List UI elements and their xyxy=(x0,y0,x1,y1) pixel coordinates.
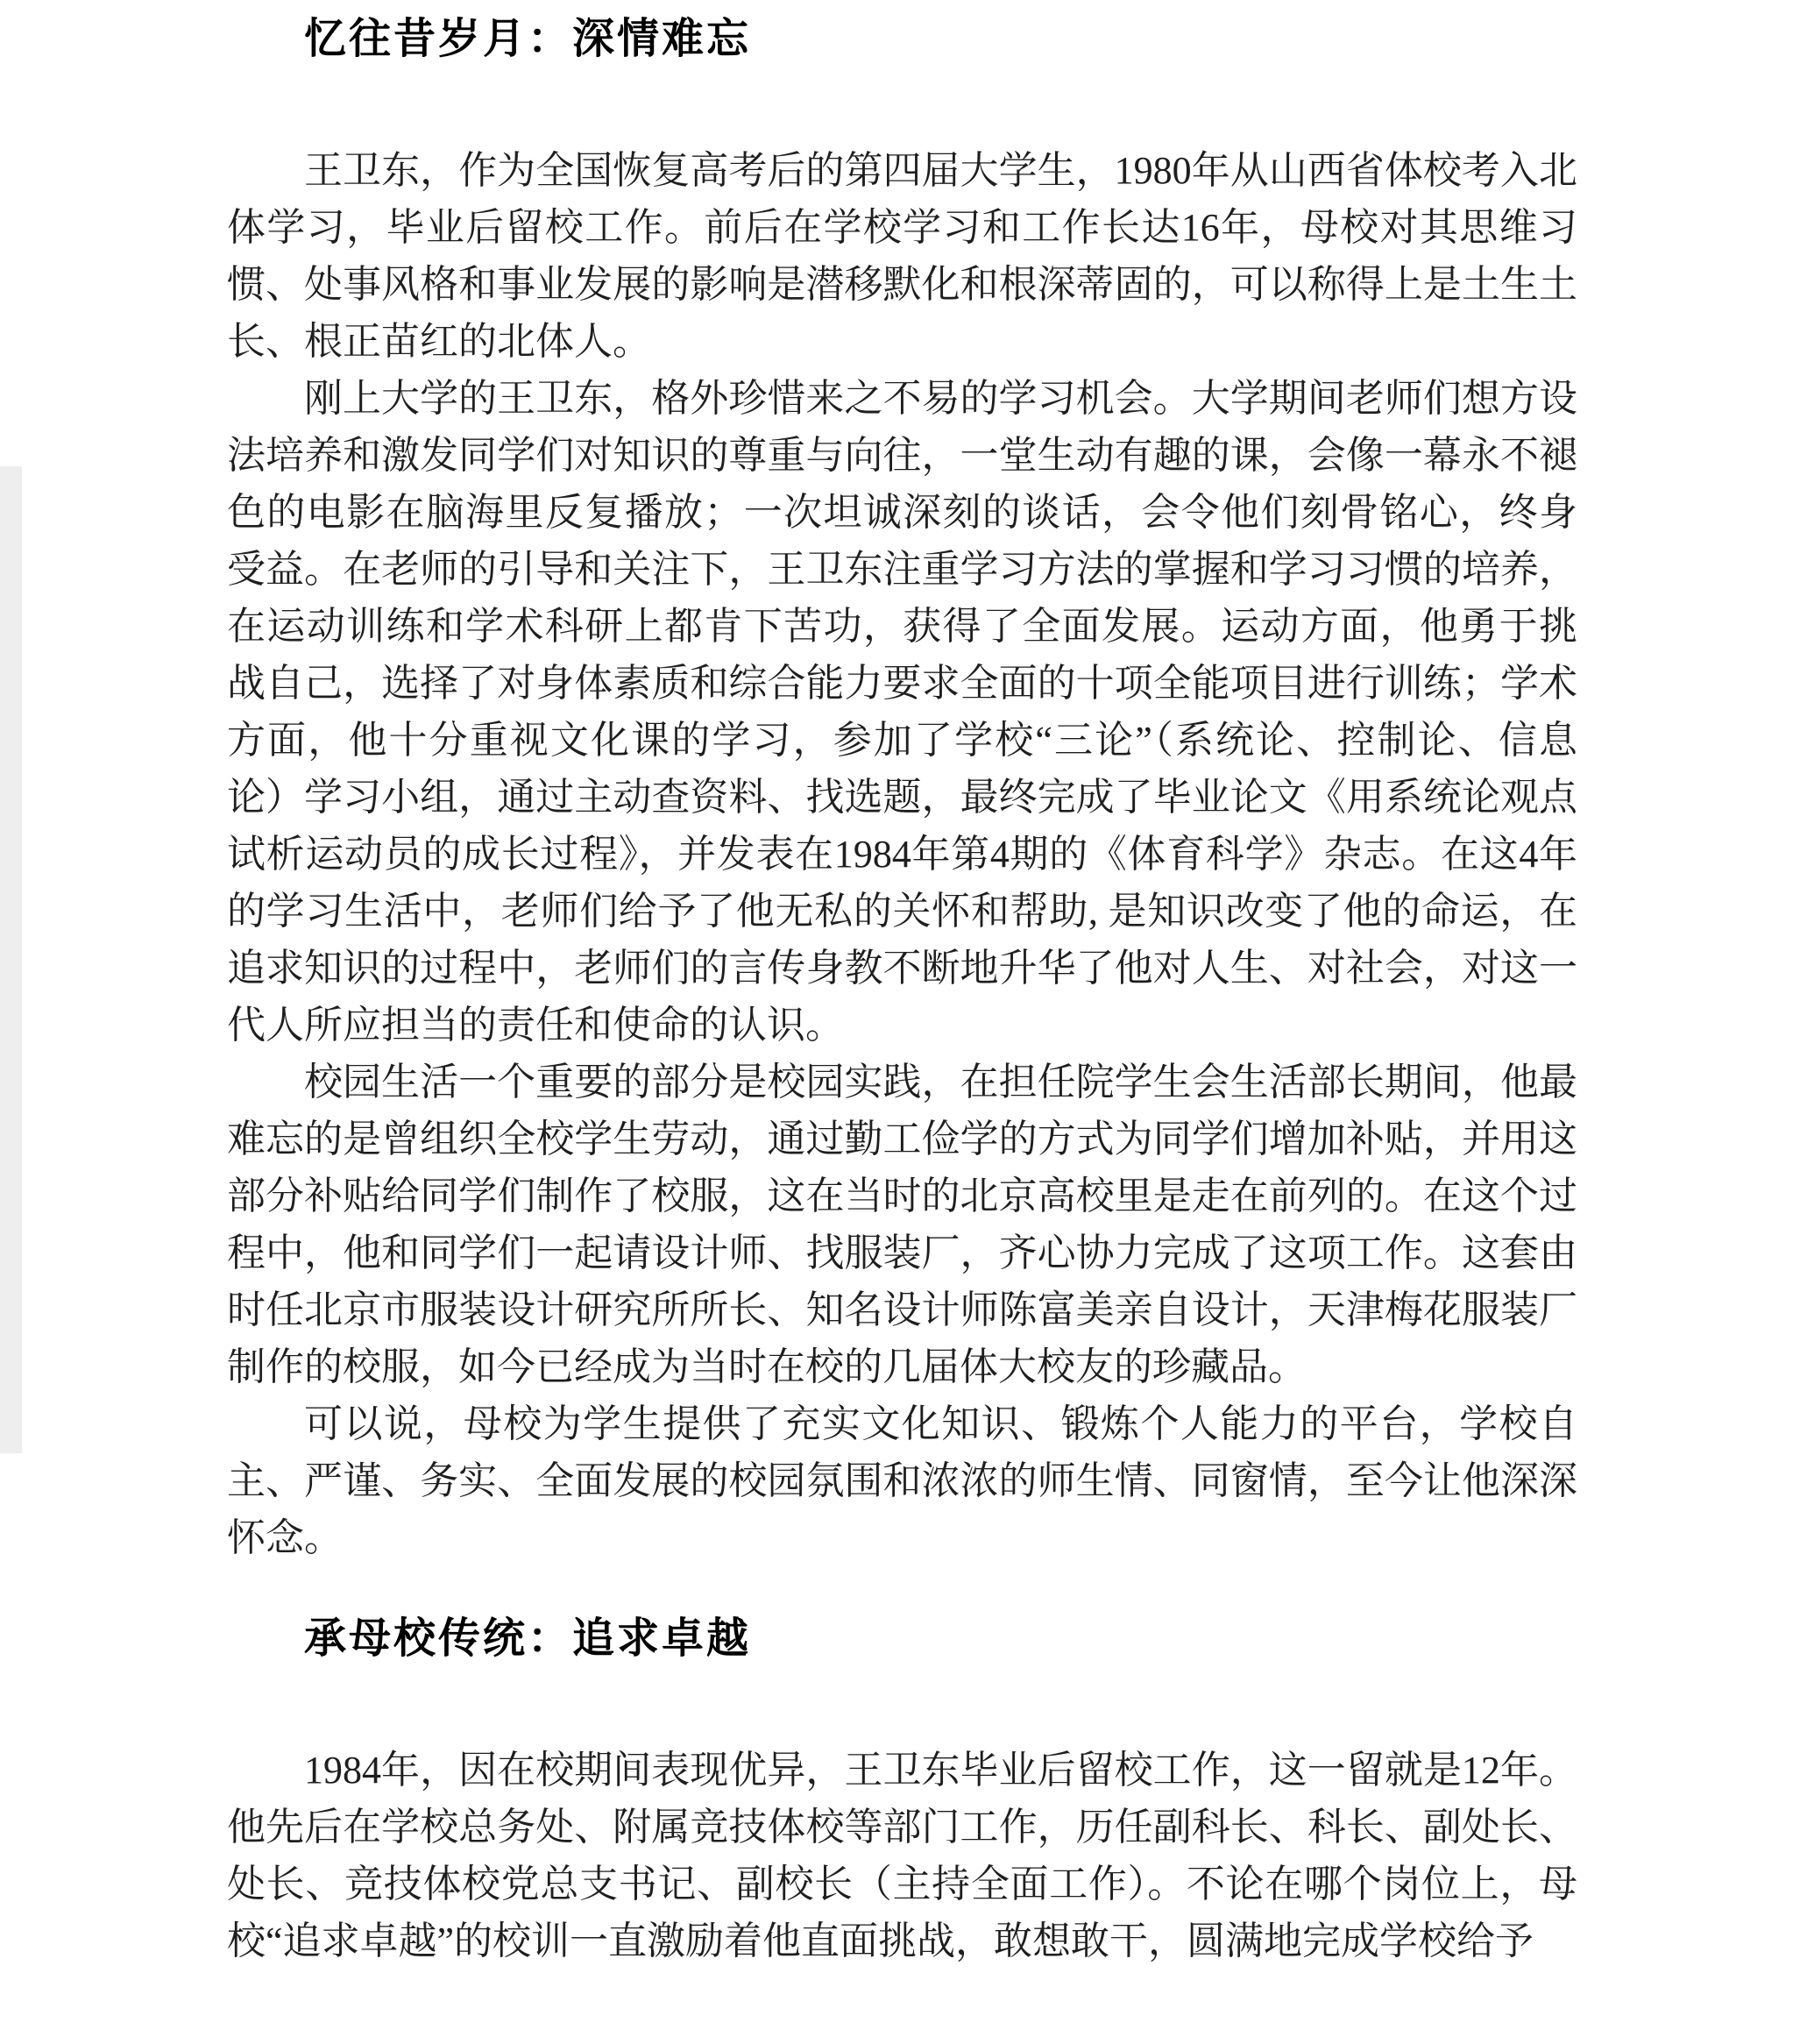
text-line: 制作的校服，如今已经成为当时在校的几届体大校友的珍藏品。 xyxy=(227,1338,1577,1395)
paragraph: 刚上大学的王卫东，格外珍惜来之不易的学习机会。大学期间老师们想方设法培养和激发同… xyxy=(227,370,1577,1054)
document-page: 忆往昔岁月：深情难忘 王卫东，作为全国恢复高考后的第四届大学生，1980年从山西… xyxy=(0,0,1814,2044)
text-line: 惯、处事风格和事业发展的影响是潜移默化和根深蒂固的，可以称得上是土生土 xyxy=(227,256,1577,313)
paragraph: 1984年，因在校期间表现优异，王卫东毕业后留校工作，这一留就是12年。他先后在… xyxy=(227,1742,1577,1969)
section-tradition-paragraphs: 1984年，因在校期间表现优异，王卫东毕业后留校工作，这一留就是12年。他先后在… xyxy=(227,1742,1577,1969)
text-line: 战自己，选择了对身体素质和综合能力要求全面的十项全能项目进行训练；学术 xyxy=(227,655,1577,712)
section-heading-tradition: 承母校传统：追求卓越 xyxy=(304,1610,1577,1667)
left-edge-scan-artifact xyxy=(0,466,22,1453)
text-line: 王卫东，作为全国恢复高考后的第四届大学生，1980年从山西省体校考入北 xyxy=(227,142,1577,199)
text-line: 他先后在学校总务处、附属竞技体校等部门工作，历任副科长、科长、副处长、 xyxy=(227,1799,1577,1856)
article-body: 忆往昔岁月：深情难忘 王卫东，作为全国恢复高考后的第四届大学生，1980年从山西… xyxy=(227,11,1577,1969)
text-line: 时任北京市服装设计研究所所长、知名设计师陈富美亲自设计，天津梅花服装厂 xyxy=(227,1281,1577,1338)
text-line: 校“追求卓越”的校训一直激励着他直面挑战，敢想敢干，圆满地完成学校给予 xyxy=(227,1913,1577,1969)
text-line: 1984年，因在校期间表现优异，王卫东毕业后留校工作，这一留就是12年。 xyxy=(227,1742,1577,1799)
text-line: 难忘的是曾组织全校学生劳动，通过勤工俭学的方式为同学们增加补贴，并用这 xyxy=(227,1111,1577,1167)
text-line: 程中，他和同学们一起请设计师、找服装厂，齐心协力完成了这项工作。这套由 xyxy=(227,1224,1577,1281)
text-line: 论）学习小组，通过主动查资料、找选题，最终完成了毕业论文《用系统论观点 xyxy=(227,769,1577,826)
text-line: 刚上大学的王卫东，格外珍惜来之不易的学习机会。大学期间老师们想方设 xyxy=(227,370,1577,427)
text-line: 怀念。 xyxy=(227,1509,1577,1566)
text-line: 试析运动员的成长过程》，并发表在1984年第4期的《体育科学》杂志。在这4年 xyxy=(227,826,1577,883)
text-line: 受益。在老师的引导和关注下，王卫东注重学习方法的掌握和学习习惯的培养， xyxy=(227,541,1577,598)
section-heading-memories: 忆往昔岁月：深情难忘 xyxy=(304,11,1577,67)
paragraph: 王卫东，作为全国恢复高考后的第四届大学生，1980年从山西省体校考入北体学习，毕… xyxy=(227,142,1577,370)
text-line: 在运动训练和学术科研上都肯下苦功，获得了全面发展。运动方面，他勇于挑 xyxy=(227,598,1577,655)
paragraph: 可以说，母校为学生提供了充实文化知识、锻炼个人能力的平台，学校自主、严谨、务实、… xyxy=(227,1395,1577,1566)
text-line: 的学习生活中，老师们给予了他无私的关怀和帮助, 是知识改变了他的命运，在 xyxy=(227,883,1577,940)
text-line: 方面，他十分重视文化课的学习，参加了学校“三论”（系统论、控制论、信息 xyxy=(227,712,1577,769)
text-line: 色的电影在脑海里反复播放；一次坦诚深刻的谈话，会令他们刻骨铭心，终身 xyxy=(227,484,1577,541)
text-line: 主、严谨、务实、全面发展的校园氛围和浓浓的师生情、同窗情，至今让他深深 xyxy=(227,1452,1577,1509)
text-line: 处长、竞技体校党总支书记、副校长（主持全面工作）。不论在哪个岗位上，母 xyxy=(227,1856,1577,1913)
text-line: 长、根正苗红的北体人。 xyxy=(227,313,1577,370)
text-line: 法培养和激发同学们对知识的尊重与向往，一堂生动有趣的课，会像一幕永不褪 xyxy=(227,427,1577,484)
section-memories-paragraphs: 王卫东，作为全国恢复高考后的第四届大学生，1980年从山西省体校考入北体学习，毕… xyxy=(227,142,1577,1566)
text-line: 校园生活一个重要的部分是校园实践，在担任院学生会生活部长期间，他最 xyxy=(227,1054,1577,1111)
paragraph: 校园生活一个重要的部分是校园实践，在担任院学生会生活部长期间，他最难忘的是曾组织… xyxy=(227,1054,1577,1395)
text-line: 部分补贴给同学们制作了校服，这在当时的北京高校里是走在前列的。在这个过 xyxy=(227,1167,1577,1224)
text-line: 代人所应担当的责任和使命的认识。 xyxy=(227,997,1577,1054)
text-line: 体学习，毕业后留校工作。前后在学校学习和工作长达16年，母校对其思维习 xyxy=(227,199,1577,256)
text-line: 可以说，母校为学生提供了充实文化知识、锻炼个人能力的平台，学校自 xyxy=(227,1395,1577,1452)
text-line: 追求知识的过程中，老师们的言传身教不断地升华了他对人生、对社会，对这一 xyxy=(227,940,1577,997)
